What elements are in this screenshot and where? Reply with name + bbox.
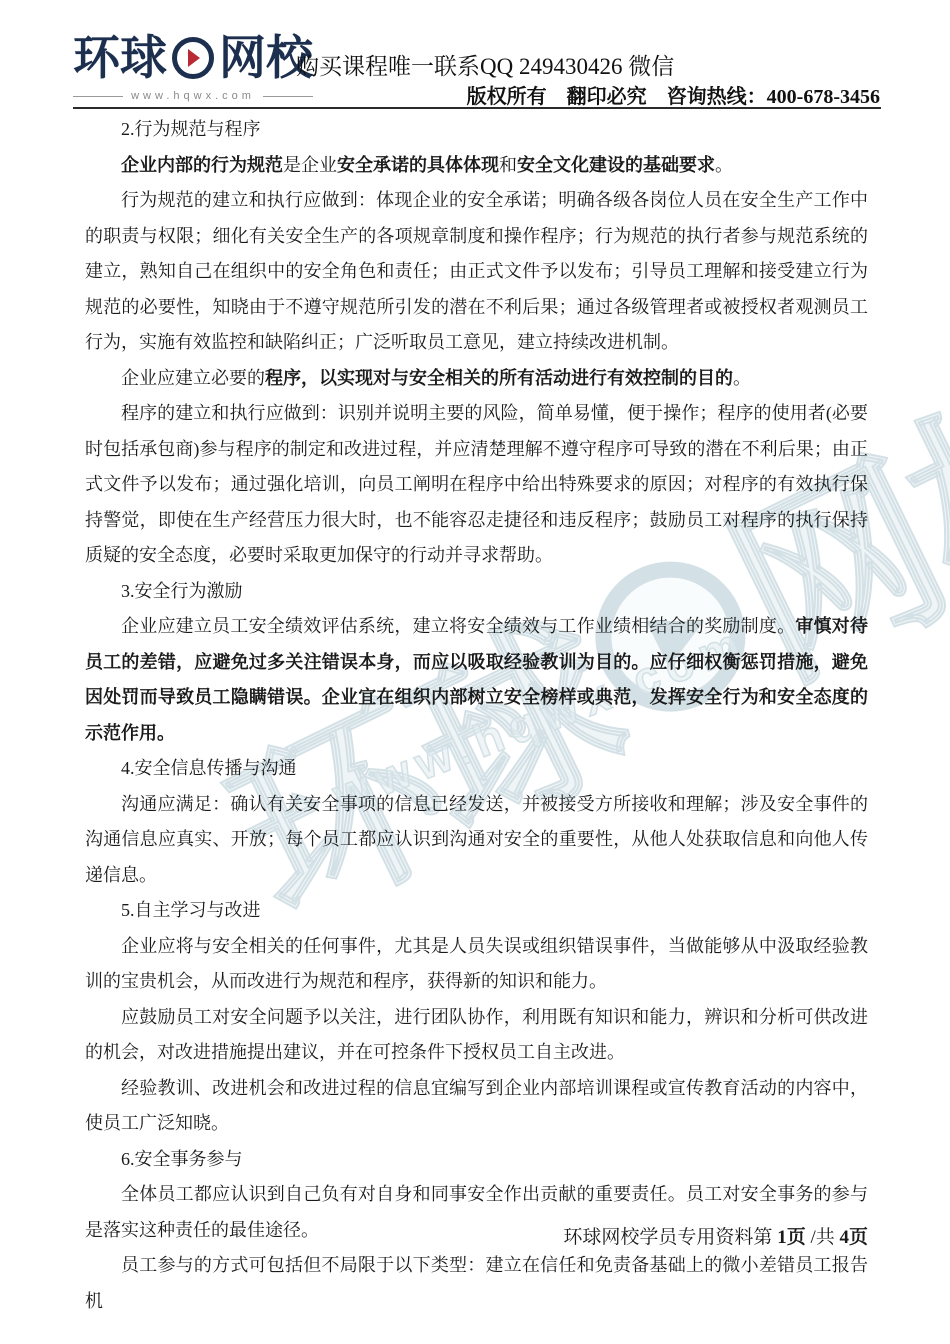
hqwx-logo: 环球 网校 www.hqwx.com [73,34,313,102]
heading-4: 4.安全信息传播与沟通 [85,751,868,787]
paragraph: 沟通应满足：确认有关安全事项的信息已经发送，并被接受方所接收和理解；涉及安全事件… [85,787,868,894]
logo-url-line-left [73,96,123,97]
document-page: 环球 网校 www.hqwx.com 环球 网校 www.hqwx.com 购买… [0,0,950,1344]
paragraph: 企业应建立必要的程序，以实现对与安全相关的所有活动进行有效控制的目的。 [85,361,868,397]
paragraph: 程序的建立和执行应做到：识别并说明主要的风险，简单易懂，便于操作；程序的使用者(… [85,396,868,574]
document-body: 2.行为规范与程序企业内部的行为规范是企业安全承诺的具体体现和安全文化建设的基础… [85,112,868,1319]
header-copyright-line: 版权所有 翻印必究 咨询热线：400-678-3456 [467,80,880,109]
paragraph: 企业应建立员工安全绩效评估系统，建立将安全绩效与工作业绩相结合的奖励制度。审慎对… [85,609,868,751]
logo-brand-left: 环球 [73,34,167,81]
logo-url-line: www.hqwx.com [73,90,313,102]
footer-page-number: 1页 [777,1227,806,1248]
footer-separator: /共 [806,1227,840,1248]
heading-6: 6.安全事务参与 [85,1142,868,1178]
logo-url-text: www.hqwx.com [131,90,255,102]
footer-total-pages: 4页 [839,1227,868,1248]
paragraph: 企业内部的行为规范是企业安全承诺的具体体现和安全文化建设的基础要求。 [85,148,868,184]
footer-prefix: 环球网校学员专用资料第 [563,1227,777,1248]
logo-url-line-right [263,96,313,97]
play-icon [172,37,214,79]
heading-5: 5.自主学习与改进 [85,893,868,929]
paragraph: 应鼓励员工对安全问题予以关注，进行团队协作，利用既有知识和能力，辨识和分析可供改… [85,1000,868,1071]
paragraph: 经验教训、改进机会和改进过程的信息宜编写到企业内部培训课程或宣传教育活动的内容中… [85,1071,868,1142]
heading-3: 3.安全行为激励 [85,574,868,610]
header-divider [73,107,881,109]
hqwx-logo-wordmark: 环球 网校 [73,34,313,81]
paragraph: 企业应将与安全相关的任何事件，尤其是人员失误或组织错误事件，当做能够从中汲取经验… [85,929,868,1000]
header-contact-line: 购买课程唯一联系QQ 249430426 微信 [296,48,674,81]
paragraph: 行为规范的建立和执行应做到：体现企业的安全承诺；明确各级各岗位人员在安全生产工作… [85,183,868,361]
page-footer: 环球网校学员专用资料第 1页 /共 4页 [563,1222,868,1249]
heading-2: 2.行为规范与程序 [85,112,868,148]
paragraph: 员工参与的方式可包括但不局限于以下类型：建立在信任和免责备基础上的微小差错员工报… [85,1248,868,1319]
